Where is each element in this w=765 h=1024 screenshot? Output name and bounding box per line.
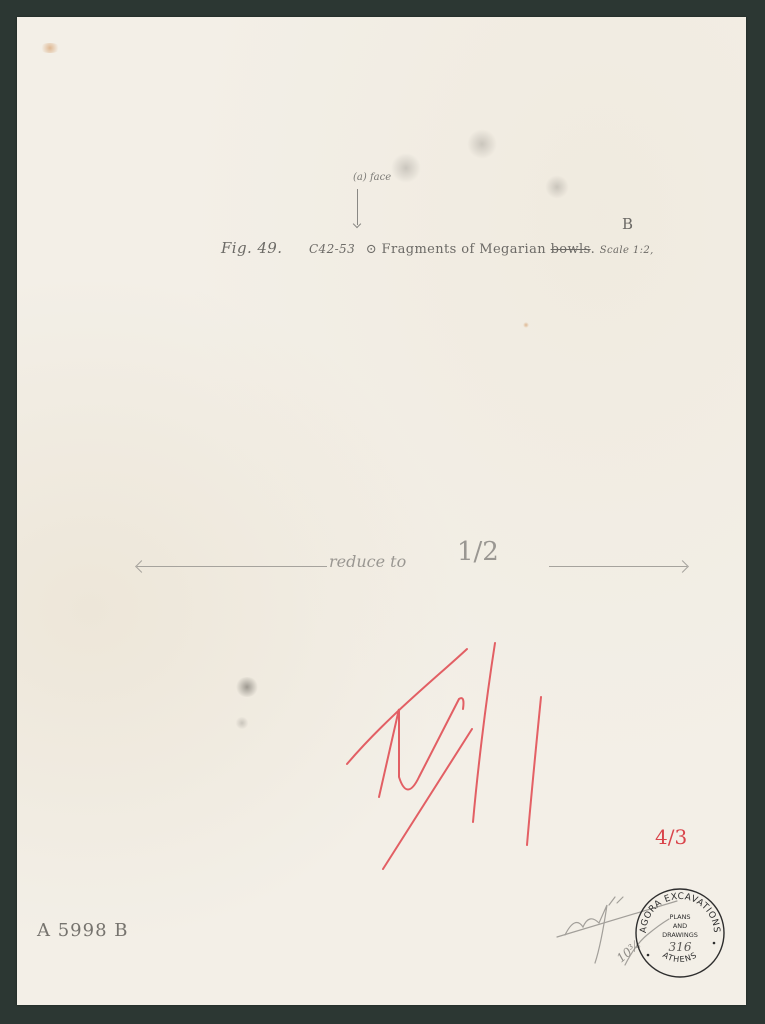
accession-number: A 5998 B bbox=[37, 920, 128, 941]
down-arrow-icon bbox=[357, 189, 358, 225]
inserted-letter: B bbox=[622, 215, 633, 233]
right-arrow-icon bbox=[549, 566, 687, 567]
insert-note: (a) face bbox=[353, 172, 391, 183]
struck-word: bowls bbox=[551, 242, 591, 257]
stamp-line-1: PLANS bbox=[669, 913, 690, 921]
reduce-note: reduce to bbox=[329, 552, 406, 571]
red-pencil-mark-icon bbox=[337, 637, 557, 887]
smudge bbox=[235, 677, 259, 697]
circled-mark: ⊙ bbox=[366, 242, 377, 257]
reduce-fraction: 1/2 bbox=[457, 537, 499, 567]
red-number: 4/3 bbox=[655, 825, 687, 849]
catalog-range: C42-53 bbox=[309, 242, 355, 256]
smudge bbox=[235, 717, 249, 729]
orange-stain bbox=[39, 43, 61, 53]
stamp-line-3: DRAWINGS bbox=[662, 931, 698, 939]
smudge bbox=[391, 153, 421, 183]
stamp-number: 316 bbox=[669, 940, 692, 954]
scale-label: Scale 1:2, bbox=[600, 245, 654, 256]
figure-label: Fig. 49. bbox=[221, 239, 282, 257]
caption-text: Fragments of Megarian bbox=[382, 242, 546, 257]
agora-stamp: AGORA EXCAVATIONS ATHENS PLANS AND DRAWI… bbox=[632, 885, 728, 981]
stamp-line-2: AND bbox=[673, 922, 687, 930]
figure-caption: Fig. 49. C42-53 ⊙ Fragments of Megarian … bbox=[221, 239, 654, 257]
smudge bbox=[467, 129, 497, 159]
orange-speck bbox=[523, 322, 529, 328]
paper-sheet: (a) face B Fig. 49. C42-53 ⊙ Fragments o… bbox=[17, 17, 746, 1005]
smudge bbox=[545, 175, 569, 199]
left-arrow-icon bbox=[137, 566, 327, 567]
